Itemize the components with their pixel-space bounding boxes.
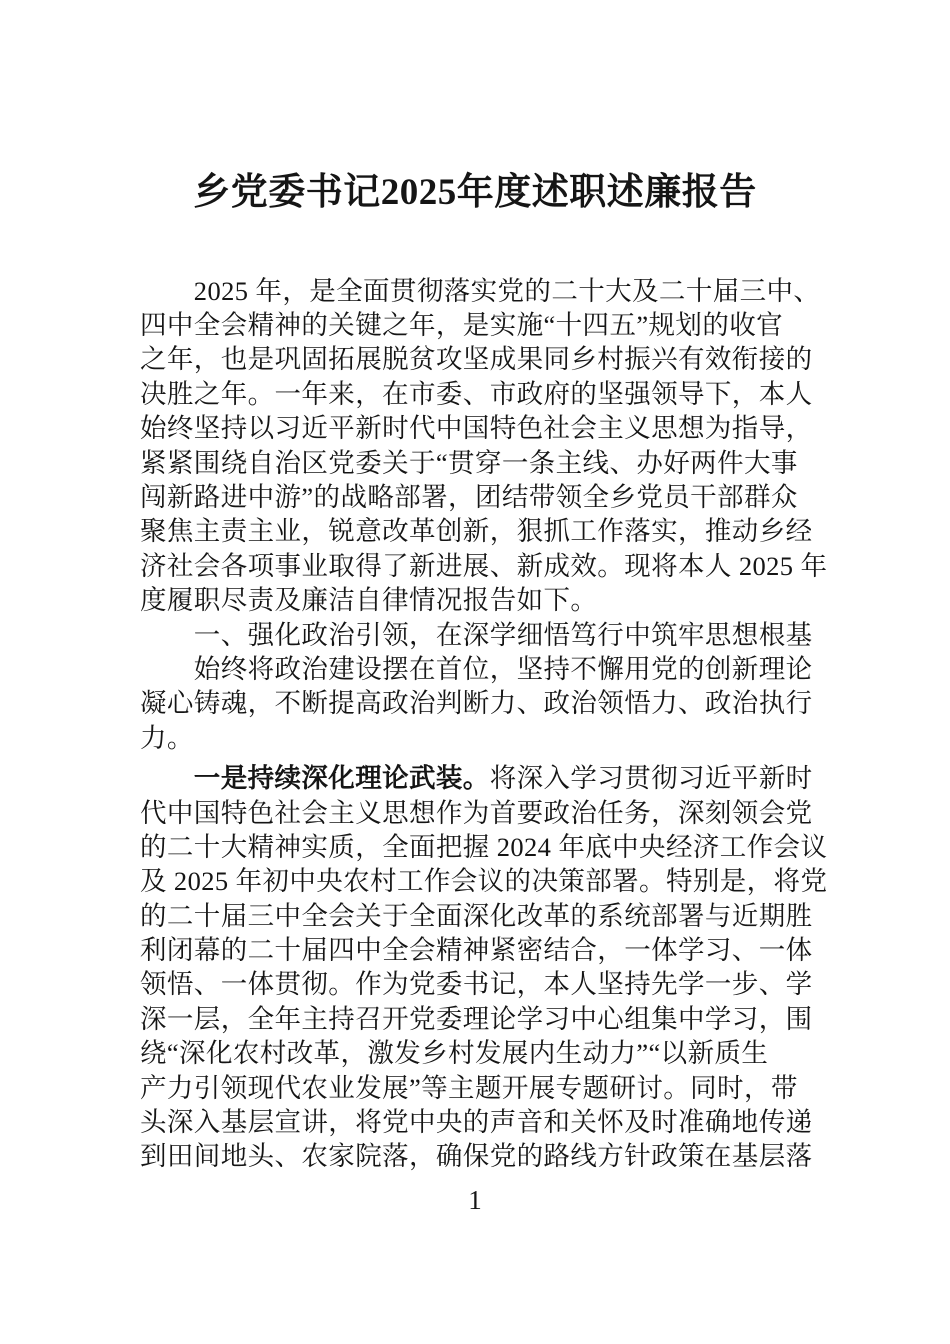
text-run: 力。 [140, 723, 194, 753]
body-line: 2025 年，是全面贯彻落实党的二十大及二十届三中、 [140, 274, 810, 308]
body-line: 深一层，全年主持召开党委理论学习中心组集中学习，围 [140, 1002, 810, 1036]
body-line: 始终将政治建设摆在首位，坚持不懈用党的创新理论 [140, 652, 810, 686]
body-line: 度履职尽责及廉洁自律情况报告如下。 [140, 583, 810, 617]
text-run: 四中全会精神的关键之年，是实施“十四五”规划的收官 [140, 310, 783, 340]
body-line: 代中国特色社会主义思想作为首要政治任务，深刻领会党 [140, 796, 810, 830]
body-line: 的二十大精神实质，全面把握 2024 年底中央经济工作会议 [140, 830, 810, 864]
body-line: 聚焦主责主业，锐意改革创新，狠抓工作落实，推动乡经 [140, 514, 810, 548]
text-run: 及 2025 年初中央农村工作会议的决策部署。特别是，将党 [140, 866, 827, 896]
body-line: 领悟、一体贯彻。作为党委书记，本人坚持先学一步、学 [140, 967, 810, 1001]
text-run: 绕“深化农村改革，激发乡村发展内生动力”“以新质生 [140, 1038, 768, 1068]
text-run: 将深入学习贯彻习近平新时 [490, 763, 813, 793]
text-run: 到田间地头、农家院落，确保党的路线方针政策在基层落 [140, 1141, 813, 1171]
text-run: 的二十届三中全会关于全面深化改革的系统部署与近期胜 [140, 901, 813, 931]
body-line: 紧紧围绕自治区党委关于“贯穿一条主线、办好两件大事 [140, 446, 810, 480]
text-run: 一、强化政治引领，在深学细悟笃行中筑牢思想根基 [140, 620, 813, 650]
body-line: 济社会各项事业取得了新进展、新成效。现将本人 2025 年 [140, 549, 810, 583]
body-line: 产力引领现代农业发展”等主题开展专题研讨。同时，带 [140, 1071, 810, 1105]
text-run: 凝心铸魂，不断提高政治判断力、政治领悟力、政治执行 [140, 688, 813, 718]
text-run: 济社会各项事业取得了新进展、新成效。现将本人 2025 年 [140, 551, 827, 581]
bold-text-run: 一是持续深化理论武装。 [140, 763, 490, 793]
body-line: 凝心铸魂，不断提高政治判断力、政治领悟力、政治执行 [140, 686, 810, 720]
body-line: 一、强化政治引领，在深学细悟笃行中筑牢思想根基 [140, 618, 810, 652]
text-run: 度履职尽责及廉洁自律情况报告如下。 [140, 585, 597, 615]
body-line: 绕“深化农村改革，激发乡村发展内生动力”“以新质生 [140, 1036, 810, 1070]
document-title: 乡党委书记2025年度述职述廉报告 [0, 0, 950, 215]
text-run: 紧紧围绕自治区党委关于“贯穿一条主线、办好两件大事 [140, 448, 798, 478]
body-line: 及 2025 年初中央农村工作会议的决策部署。特别是，将党 [140, 864, 810, 898]
body-line: 一是持续深化理论武装。将深入学习贯彻习近平新时 [140, 761, 810, 795]
body-line: 到田间地头、农家院落，确保党的路线方针政策在基层落 [140, 1139, 810, 1173]
text-run: 领悟、一体贯彻。作为党委书记，本人坚持先学一步、学 [140, 969, 813, 999]
body-line: 利闭幕的二十届四中全会精神紧密结合，一体学习、一体 [140, 933, 810, 967]
body-line: 头深入基层宣讲，将党中央的声音和关怀及时准确地传递 [140, 1105, 810, 1139]
text-run: 头深入基层宣讲，将党中央的声音和关怀及时准确地传递 [140, 1107, 813, 1137]
text-run: 2025 年，是全面贯彻落实党的二十大及二十届三中、 [140, 276, 820, 306]
text-run: 决胜之年。一年来，在市委、市政府的坚强领导下，本人 [140, 379, 813, 409]
text-run: 深一层，全年主持召开党委理论学习中心组集中学习，围 [140, 1004, 813, 1034]
body-line: 的二十届三中全会关于全面深化改革的系统部署与近期胜 [140, 899, 810, 933]
body-line: 力。 [140, 721, 810, 755]
text-run: 闯新路进中游”的战略部署，团结带领全乡党员干部群众 [140, 482, 798, 512]
text-run: 聚焦主责主业，锐意改革创新，狠抓工作落实，推动乡经 [140, 516, 813, 546]
text-run: 始终将政治建设摆在首位，坚持不懈用党的创新理论 [140, 654, 813, 684]
document-page: 乡党委书记2025年度述职述廉报告 2025 年，是全面贯彻落实党的二十大及二十… [0, 0, 950, 1344]
body-line: 之年，也是巩固拓展脱贫攻坚成果同乡村振兴有效衔接的 [140, 342, 810, 376]
text-run: 的二十大精神实质，全面把握 2024 年底中央经济工作会议 [140, 832, 827, 862]
body-line: 决胜之年。一年来，在市委、市政府的坚强领导下，本人 [140, 377, 810, 411]
text-run: 产力引领现代农业发展”等主题开展专题研讨。同时，带 [140, 1073, 798, 1103]
page-number: 1 [468, 1185, 482, 1215]
text-run: 利闭幕的二十届四中全会精神紧密结合，一体学习、一体 [140, 935, 813, 965]
body-line: 闯新路进中游”的战略部署，团结带领全乡党员干部群众 [140, 480, 810, 514]
text-run: 之年，也是巩固拓展脱贫攻坚成果同乡村振兴有效衔接的 [140, 344, 813, 374]
page-footer: 1 [0, 1184, 950, 1216]
text-run: 代中国特色社会主义思想作为首要政治任务，深刻领会党 [140, 798, 813, 828]
document-body-lines: 2025 年，是全面贯彻落实党的二十大及二十届三中、四中全会精神的关键之年，是实… [140, 274, 810, 1174]
text-run: 始终坚持以习近平新时代中国特色社会主义思想为指导， [140, 413, 813, 443]
body-line: 四中全会精神的关键之年，是实施“十四五”规划的收官 [140, 308, 810, 342]
body-line: 始终坚持以习近平新时代中国特色社会主义思想为指导， [140, 411, 810, 445]
